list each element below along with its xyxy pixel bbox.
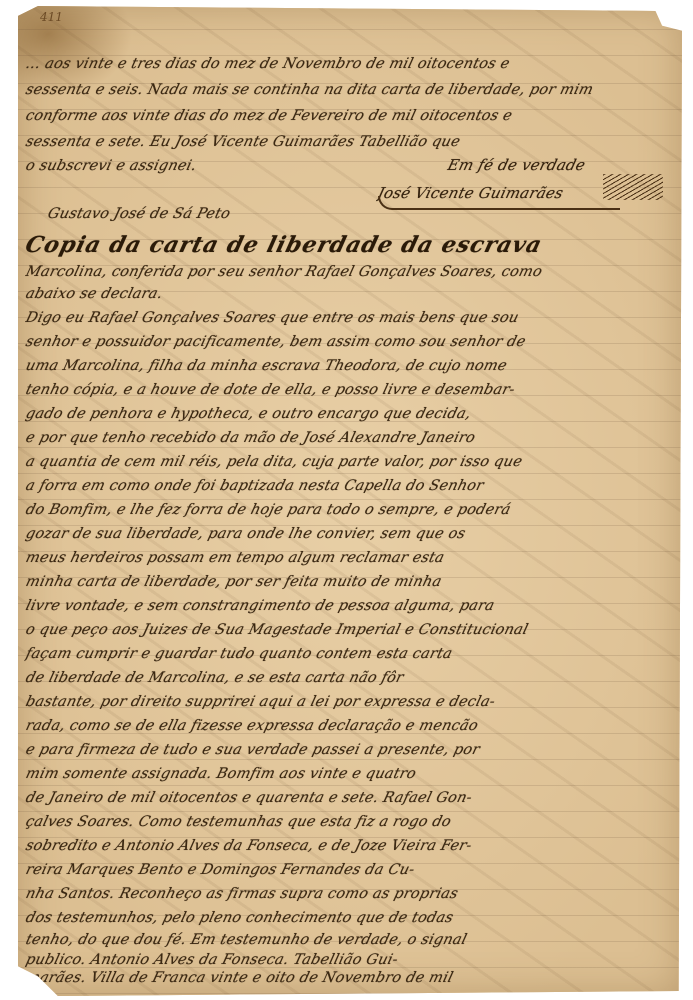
document-heading: Copia da carta de liberdade da escrava [23, 232, 677, 258]
witness-line: Gustavo José de Sá Peto [46, 206, 232, 222]
page-marker: 411 [40, 10, 63, 24]
signature-flourish [378, 196, 620, 210]
signature-hatch-mark [603, 174, 663, 200]
manuscript-line: de Janeiro de mil oitocentos e quarenta … [24, 790, 676, 806]
manuscript-line: de liberdade de Marcolina, e se esta car… [24, 670, 676, 686]
manuscript-line: conforme aos vinte dias do mez de Fevere… [24, 108, 676, 124]
manuscript-line: e para firmeza de tudo e sua verdade pas… [24, 742, 676, 758]
manuscript-line: çalves Soares. Como testemunhas que esta… [24, 814, 676, 830]
manuscript-line: bastante, por direito supprirei aqui a l… [24, 694, 676, 710]
manuscript-line: façam cumprir e guardar tudo quanto cont… [24, 646, 676, 662]
manuscript-line: sessenta e seis. Nada mais se continha n… [24, 82, 676, 98]
manuscript-line: nha Santos. Reconheço as firmas supra co… [24, 886, 676, 902]
manuscript-line: a quantia de cem mil réis, pela dita, cu… [24, 454, 676, 470]
manuscript-line: do Bomfim, e lhe fez forra de hoje para … [24, 502, 676, 518]
manuscript-line: a forra em como onde foi baptizada nesta… [24, 478, 676, 494]
manuscript-line: gado de penhora e hypotheca, e outro enc… [24, 406, 676, 422]
manuscript-line: Digo eu Rafael Gonçalves Soares que entr… [24, 310, 676, 326]
manuscript-line: dos testemunhos, pelo pleno conhecimento… [24, 910, 676, 926]
manuscript-line: livre vontade, e sem constrangimento de … [24, 598, 676, 614]
manuscript-line: o que peço aos Juizes de Sua Magestade I… [24, 622, 676, 638]
manuscript-line: meus herdeiros possam em tempo algum rec… [24, 550, 676, 566]
manuscript-line: publico. Antonio Alves da Fonseca. Tabel… [24, 952, 676, 968]
manuscript-line: o subscrevi e assignei. [24, 158, 258, 174]
manuscript-line: senhor e possuidor pacificamente, bem as… [24, 334, 676, 350]
manuscript-line: abaixo se declara. [24, 286, 676, 302]
manuscript-line: sobredito e Antonio Alves da Fonseca, e … [24, 838, 676, 854]
manuscript-line: uma Marcolina, filha da minha escrava Th… [24, 358, 676, 374]
manuscript-line: ... aos vinte e tres dias do mez de Nove… [24, 56, 676, 72]
closing-formula: Em fé de verdade [446, 156, 588, 174]
manuscript-line: e por que tenho recebido da mão de José … [24, 430, 676, 446]
manuscript-line: minha carta de liberdade, por ser feita … [24, 574, 676, 590]
manuscript-line: rada, como se de ella fizesse expressa d… [24, 718, 676, 734]
manuscript-line: marães. Villa de Franca vinte e oito de … [24, 970, 676, 986]
manuscript-line: mim somente assignada. Bomfim aos vinte … [24, 766, 676, 782]
manuscript-page: 411 ... aos vinte e tres dias do mez de … [18, 6, 682, 996]
manuscript-line: tenho cópia, e a houve de dote de ella, … [24, 382, 676, 398]
manuscript-line: Marcolina, conferida por seu senhor Rafa… [24, 264, 676, 280]
manuscript-line: gozar de sua liberdade, para onde lhe co… [24, 526, 676, 542]
manuscript-line: sessenta e sete. Eu José Vicente Guimarã… [24, 134, 676, 150]
manuscript-line: tenho, do que dou fé. Em testemunho de v… [24, 932, 676, 948]
manuscript-line: reira Marques Bento e Domingos Fernandes… [24, 862, 676, 878]
